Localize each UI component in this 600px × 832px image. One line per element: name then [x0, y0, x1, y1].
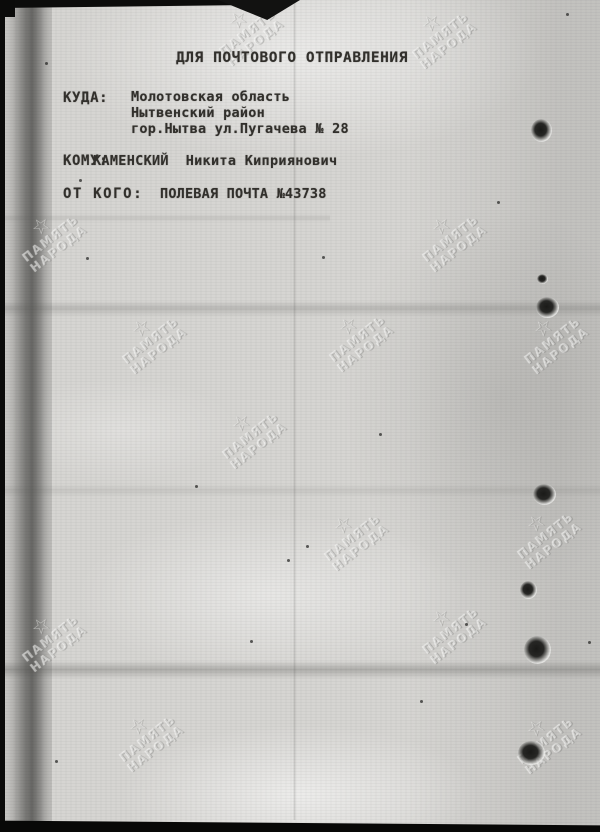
paper-speck: [86, 257, 89, 260]
scan-edge-left: [0, 0, 5, 826]
field-label-kuda: КУДА:: [63, 90, 108, 106]
watermark-text-line: НАРОДА: [224, 417, 293, 475]
memory-of-people-watermark: ☆ПАМЯТЬНАРОДА: [404, 586, 494, 670]
memory-of-people-watermark: ☆ПАМЯТЬНАРОДА: [306, 493, 396, 577]
watermark-text-line: ПАМЯТЬ: [511, 507, 580, 565]
burn-hole-mark: [531, 119, 552, 142]
watermark-text-line: НАРОДА: [331, 320, 400, 378]
watermark-text-line: ПАМЯТЬ: [216, 407, 285, 465]
watermark-text-line: ПАМЯТЬ: [116, 312, 185, 370]
watermark-text-line: НАРОДА: [124, 322, 193, 380]
horizontal-fold-crease: [0, 661, 600, 679]
watermark-text-line: НАРОДА: [526, 322, 595, 380]
scanned-postal-document: ☆ПАМЯТЬНАРОДА☆ПАМЯТЬНАРОДА☆ПАМЯТЬНАРОДА☆…: [0, 0, 600, 832]
paper-speck: [322, 256, 325, 259]
memory-of-people-watermark: ☆ПАМЯТЬНАРОДА: [101, 694, 191, 778]
paper-speck: [465, 623, 468, 626]
watermark-text-line: НАРОДА: [414, 17, 483, 75]
star-icon: ☆: [404, 586, 478, 650]
paper-speck: [306, 545, 309, 548]
memory-of-people-watermark: ☆ПАМЯТЬНАРОДА: [499, 696, 589, 780]
sender-field-post: ПОЛЕВАЯ ПОЧТА №43738: [160, 186, 327, 202]
paper-speck: [250, 640, 253, 643]
star-icon: ☆: [394, 0, 468, 55]
star-icon: ☆: [404, 194, 478, 258]
paper-speck: [497, 201, 500, 204]
scan-edge-top: [0, 0, 252, 8]
watermark-text-line: НАРОДА: [326, 519, 395, 577]
burn-hole-mark: [537, 274, 548, 284]
memory-of-people-watermark: ☆ПАМЯТЬНАРОДА: [499, 491, 589, 575]
paper-speck: [588, 641, 591, 644]
paper-speck: [420, 700, 423, 703]
address-line: гор.Нытва ул.Пугачева № 28: [131, 121, 349, 137]
paper-speck: [79, 179, 82, 182]
paper-speck: [566, 13, 569, 16]
paper-speck: [287, 559, 290, 562]
paper-speck: [55, 760, 58, 763]
watermark-text-line: ПАМЯТЬ: [416, 210, 485, 268]
scan-edge-bottom: [0, 817, 600, 832]
watermark-text-line: ПАМЯТЬ: [318, 509, 387, 567]
recipient-name: КАМЕНСКИЙ Никита Киприянович: [93, 153, 337, 169]
watermark-text-line: ПАМЯТЬ: [518, 312, 587, 370]
watermark-text-line: НАРОДА: [519, 517, 588, 575]
horizontal-fold-crease: [0, 484, 600, 497]
burn-hole-mark: [520, 581, 537, 599]
horizontal-fold-crease: [0, 214, 330, 222]
star-icon: ☆: [499, 696, 573, 760]
burn-hole-mark: [518, 741, 545, 765]
watermark-text-line: ПАМЯТЬ: [406, 7, 475, 65]
memory-of-people-watermark: ☆ПАМЯТЬНАРОДА: [204, 391, 294, 475]
star-icon: ☆: [101, 694, 175, 758]
horizontal-fold-crease: [0, 301, 600, 317]
watermark-text-line: ПАМЯТЬ: [323, 310, 392, 368]
watermark-text-line: ПАМЯТЬ: [416, 602, 485, 660]
watermark-text-line: НАРОДА: [519, 722, 588, 780]
watermark-text-line: НАРОДА: [424, 220, 493, 278]
field-label-from: ОТ КОГО:: [63, 186, 143, 202]
page-corner-triangle: [218, 0, 300, 20]
star-icon: ☆: [204, 391, 278, 455]
star-icon: ☆: [499, 491, 573, 555]
watermark-text-line: ПАМЯТЬ: [511, 712, 580, 770]
memory-of-people-watermark: ☆ПАМЯТЬНАРОДА: [404, 194, 494, 278]
address-line: Молотовская область: [131, 89, 290, 105]
document-title: ДЛЯ ПОЧТОВОГО ОТПРАВЛЕНИЯ: [176, 50, 408, 66]
scan-shadow-band-right: [0, 0, 52, 832]
address-line: Нытвенский район: [131, 105, 265, 121]
paper-speck: [379, 433, 382, 436]
burn-hole-mark: [524, 636, 551, 664]
watermark-text-line: ПАМЯТЬ: [113, 710, 182, 768]
star-icon: ☆: [306, 493, 380, 557]
watermark-text-line: НАРОДА: [121, 720, 190, 778]
